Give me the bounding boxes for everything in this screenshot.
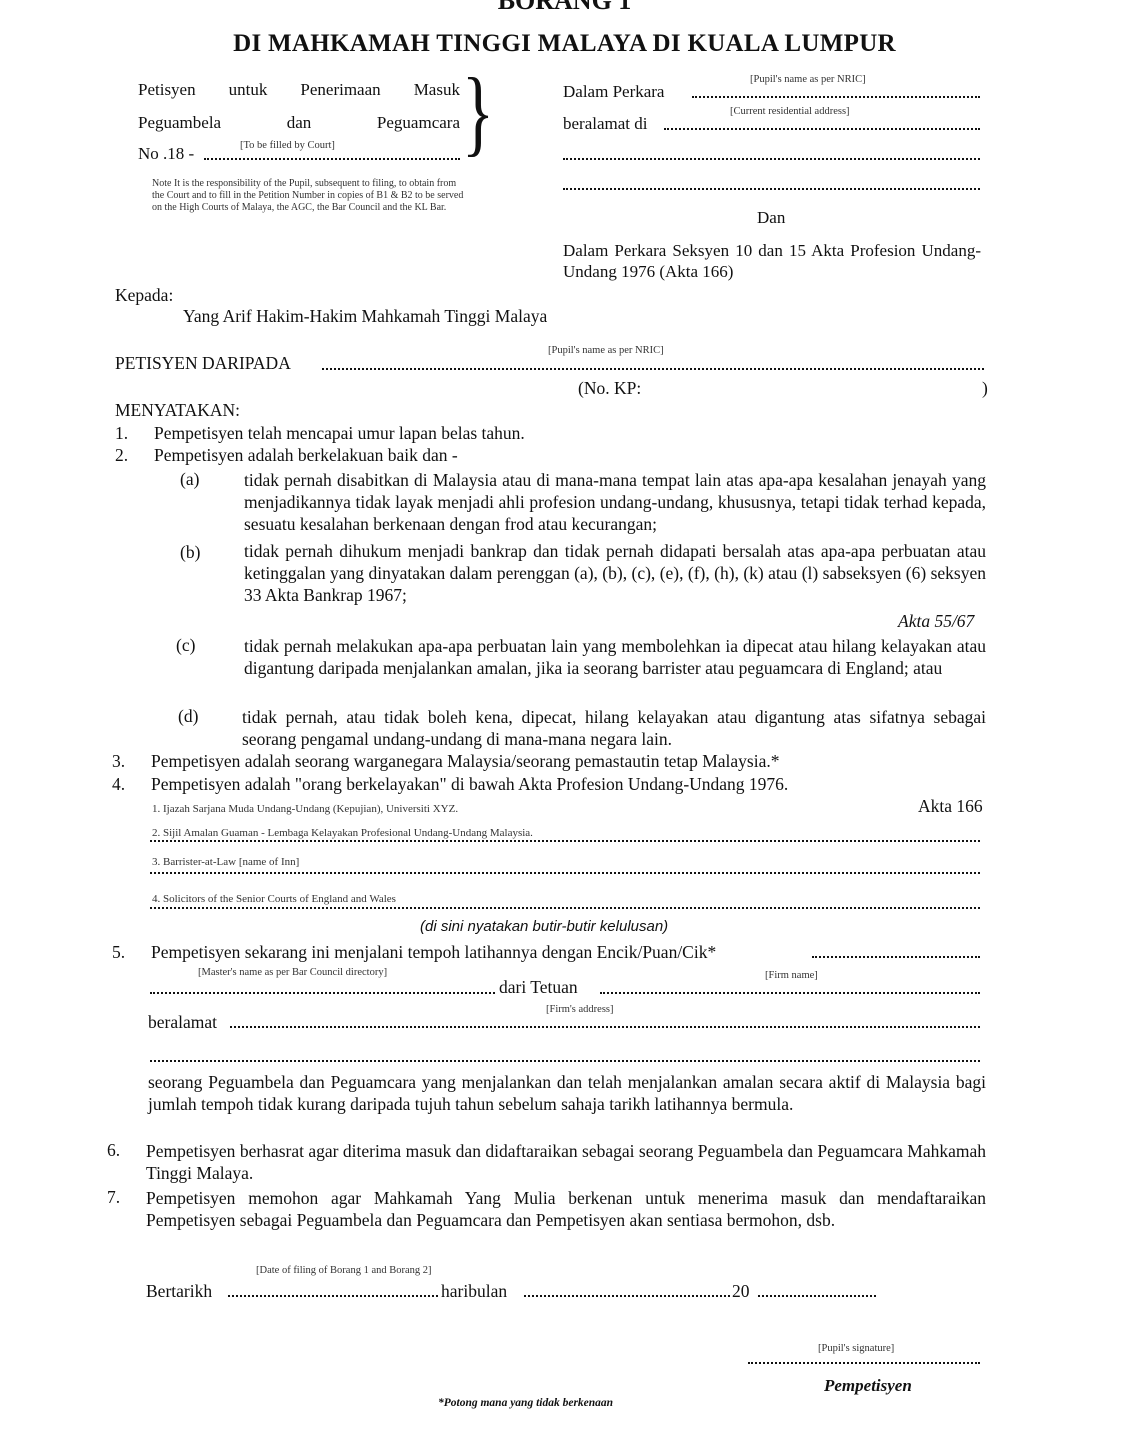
word: dan [287, 113, 312, 133]
item-number: 2. [115, 445, 128, 466]
sub-label-c: (c) [176, 635, 195, 656]
item-number: 7. [107, 1187, 120, 1208]
menyatakan-heading: MENYATAKAN: [115, 400, 240, 421]
bertarikh-label: Bertarikh [146, 1281, 212, 1302]
declaration-4: Pempetisyen adalah "orang berkelayakan" … [151, 774, 788, 795]
dan-label: Dan [757, 208, 785, 228]
petition-number-label: No .18 - [138, 144, 194, 164]
footnote: *Potong mana yang tidak berkenaan [438, 1397, 613, 1409]
qualification-line-4[interactable] [150, 907, 980, 909]
kepada-label: Kepada: [115, 285, 173, 306]
firm-address-line-2[interactable] [150, 1060, 980, 1062]
sub-label-b: (b) [180, 542, 200, 563]
haribulan-label: haribulan [441, 1281, 507, 1302]
item-number: 6. [107, 1140, 120, 1161]
year-field[interactable] [758, 1295, 876, 1297]
word: Peguamcara [377, 113, 460, 133]
ic-number-label: (No. KP: [578, 378, 641, 399]
declaration-5-continued: seorang Peguambela dan Peguamcara yang m… [148, 1071, 986, 1115]
sub-item-b: tidak pernah dihukum menjadi bankrap dan… [244, 540, 986, 606]
petition-box: Petisyen untuk Penerimaan Masuk [138, 80, 460, 100]
residential-address-line-2[interactable] [563, 158, 980, 160]
item-number: 4. [112, 774, 125, 795]
sub-item-d: tidak pernah, atau tidak boleh kena, dip… [242, 706, 986, 750]
signature-hint: [Pupil's signature] [818, 1343, 894, 1354]
declaration-3: Pempetisyen adalah seorang warganegara M… [151, 751, 779, 772]
word: untuk [229, 80, 268, 100]
qualification-4: 4. Solicitors of the Senior Courts of En… [152, 893, 396, 905]
qualification-2: 2. Sijil Amalan Guaman - Lembaga Kelayak… [152, 827, 533, 839]
pupil-name-field[interactable] [692, 96, 980, 98]
ic-number-field[interactable] [652, 380, 977, 400]
declaration-1: Pempetisyen telah mencapai umur lapan be… [154, 423, 525, 444]
qualification-line-3[interactable] [150, 872, 980, 874]
judges-addressee: Yang Arif Hakim-Hakim Mahkamah Tinggi Ma… [183, 306, 547, 327]
firm-address-hint: [Firm's address] [546, 1004, 614, 1015]
petition-line-2-wrap: Peguambela dan Peguamcara [138, 113, 460, 133]
petisyen-daripada-label: PETISYEN DARIPADA [115, 353, 291, 374]
master-name-hint: [Master's name as per Bar Council direct… [198, 967, 387, 978]
date-hint: [Date of filing of Borang 1 and Borang 2… [256, 1265, 432, 1276]
item-number: 1. [115, 423, 128, 444]
signature-field[interactable] [748, 1362, 980, 1364]
residential-address-line-3[interactable] [563, 188, 980, 190]
residential-address-field[interactable] [664, 128, 980, 130]
firm-name-hint: [Firm name] [765, 970, 818, 981]
petition-number-field[interactable] [204, 158, 460, 160]
firm-address-field[interactable] [230, 1026, 980, 1028]
word: Petisyen [138, 80, 196, 100]
year-prefix: 20 [732, 1281, 750, 1302]
qualification-caption: (di sini nyatakan butir-butir kelulusan) [420, 918, 668, 935]
declaration-5: Pempetisyen sekarang ini menjalani tempo… [151, 942, 716, 963]
word: Peguambela [138, 113, 221, 133]
sub-label-d: (d) [178, 706, 198, 727]
petitioner-name-hint: [Pupil's name as per NRIC] [548, 345, 664, 356]
declaration-7: Pempetisyen memohon agar Mahkamah Yang M… [146, 1187, 986, 1231]
petition-line-1: Petisyen untuk Penerimaan Masuk [138, 80, 460, 100]
sub-item-c: tidak pernah melakukan apa-apa perbuatan… [244, 635, 986, 679]
master-name-field[interactable] [812, 956, 980, 958]
ic-close-paren: ) [982, 378, 988, 399]
signature-label: Pempetisyen [824, 1376, 912, 1396]
declaration-2: Pempetisyen adalah berkelakuan baik dan … [154, 445, 458, 466]
word: Penerimaan [300, 80, 380, 100]
petition-number-hint: [To be filled by Court] [240, 140, 335, 151]
item-number: 5. [112, 942, 125, 963]
beralamat-di-label: beralamat di [563, 114, 648, 134]
residential-address-hint: [Current residential address] [730, 106, 850, 117]
sub-label-a: (a) [180, 469, 199, 490]
brace-icon: } [462, 64, 494, 160]
petitioner-name-field[interactable] [322, 368, 984, 370]
month-field[interactable] [524, 1295, 730, 1297]
akta-55-reference: Akta 55/67 [898, 611, 974, 632]
word: Masuk [414, 80, 460, 100]
qualification-1: 1. Ijazah Sarjana Muda Undang-Undang (Ke… [152, 803, 458, 815]
qualification-3: 3. Barrister-at-Law [name of Inn] [152, 856, 299, 868]
master-name-line-2[interactable] [150, 992, 495, 994]
item-number: 3. [112, 751, 125, 772]
beralamat-label: beralamat [148, 1012, 217, 1033]
day-field[interactable] [228, 1295, 438, 1297]
court-title: DI MAHKAMAH TINGGI MALAYA DI KUALA LUMPU… [0, 30, 1129, 58]
akta-166-reference: Akta 166 [918, 796, 983, 817]
qualification-line-2[interactable] [150, 840, 980, 842]
petition-line-2: Peguambela dan Peguamcara [138, 113, 460, 133]
section-matter: Dalam Perkara Seksyen 10 dan 15 Akta Pro… [563, 240, 981, 282]
form-name: BORANG 1 [0, 0, 1129, 16]
declaration-6: Pempetisyen berhasrat agar diterima masu… [146, 1140, 986, 1184]
firm-name-field[interactable] [600, 992, 980, 994]
sub-item-a: tidak pernah disabitkan di Malaysia atau… [244, 469, 986, 535]
dari-tetuan-label: dari Tetuan [499, 977, 578, 998]
pupil-name-hint: [Pupil's name as per NRIC] [750, 74, 866, 85]
dalam-perkara-label: Dalam Perkara [563, 82, 664, 102]
filing-note: Note It is the responsibility of the Pup… [152, 178, 470, 214]
